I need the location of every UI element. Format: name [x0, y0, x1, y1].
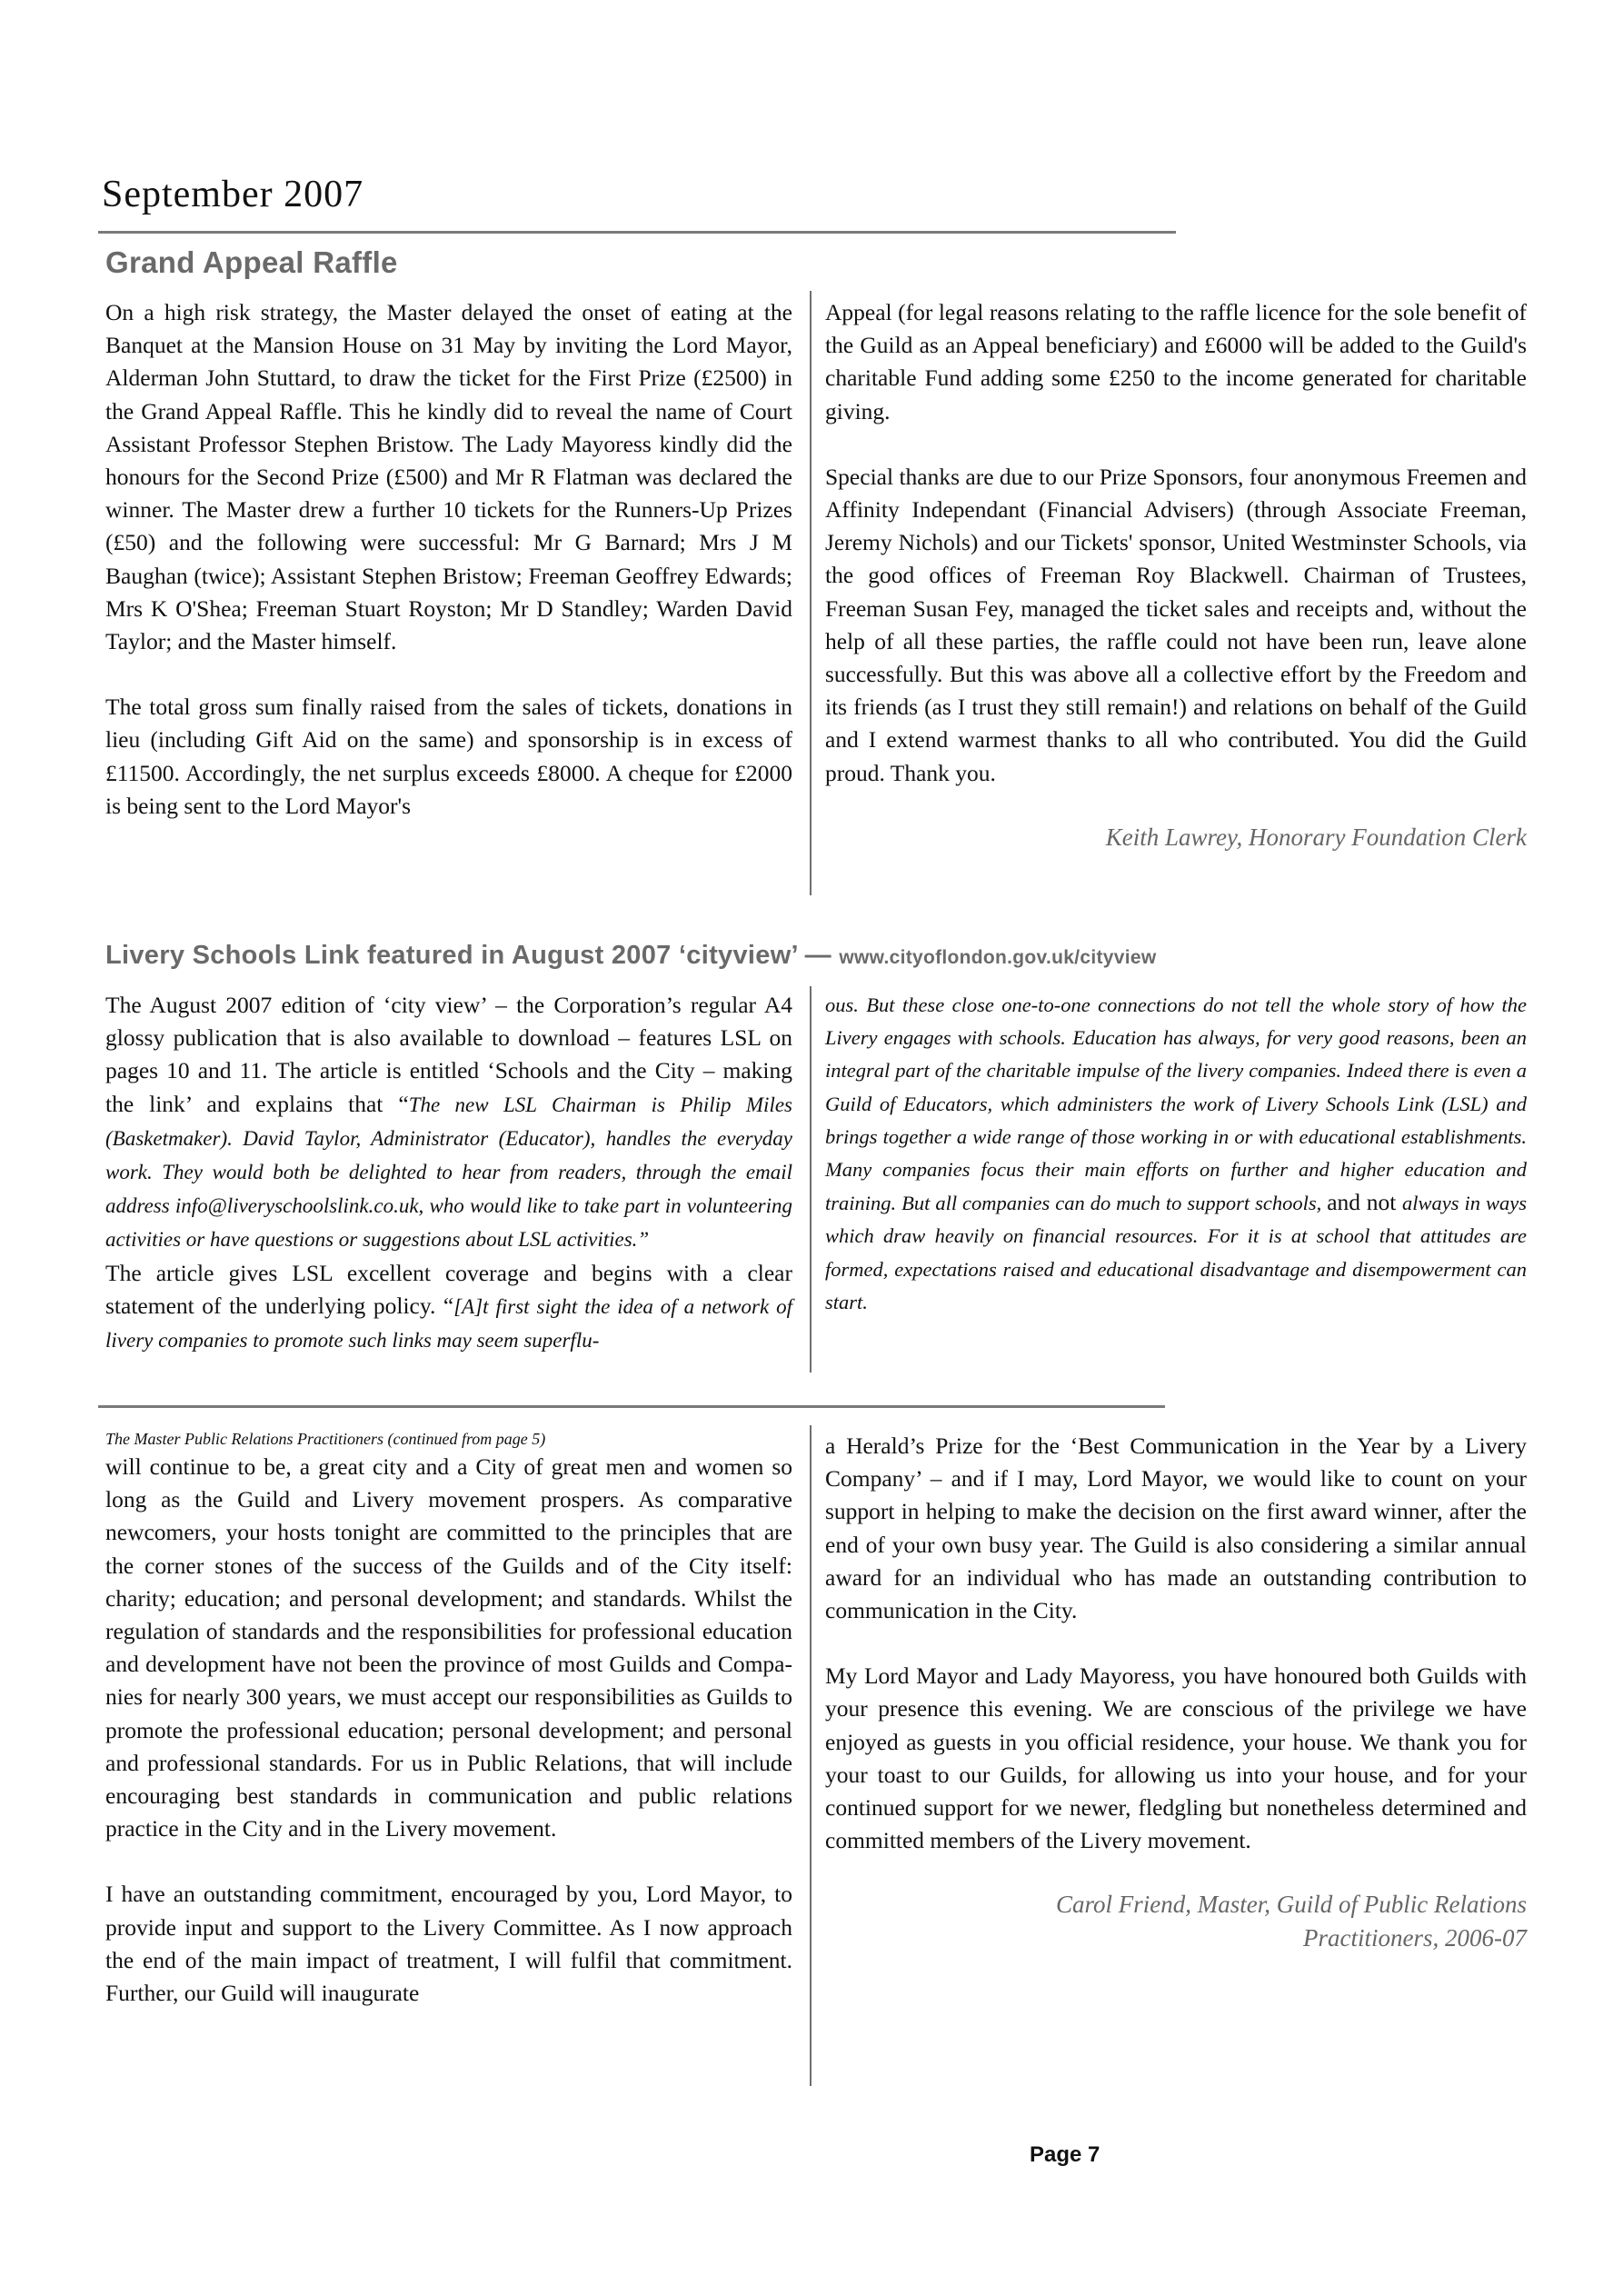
lsl-paragraph-1: The August 2007 edition of ‘city view’ –… [105, 989, 792, 1257]
raffle-paragraph-3: Appeal (for legal reasons relating to th… [825, 296, 1527, 428]
section-divider-rule [98, 1405, 1165, 1408]
master-pr-column-rule [810, 1425, 811, 2086]
lsl-right-column: ous. But these close one-to-one connecti… [825, 989, 1527, 1319]
masthead-rule [98, 231, 1176, 234]
master-pr-signature-2: Practitioners, 2006-07 [825, 1922, 1527, 1955]
master-pr-paragraph-2: I have an outstanding commitment, encour… [105, 1878, 792, 2010]
lsl-quote-continued: ous. But these close one-to-one connecti… [825, 989, 1527, 1319]
raffle-signature: Keith Lawrey, Honorary Foundation Clerk [825, 821, 1527, 854]
raffle-column-rule [810, 291, 811, 895]
lsl-quote-part-a: ous. But these close one-to-one connecti… [825, 993, 1527, 1214]
masthead-date: September 2007 [102, 173, 363, 216]
raffle-paragraph-1: On a high risk strategy, the Master dela… [105, 296, 792, 658]
raffle-heading: Grand Appeal Raffle [105, 245, 398, 280]
lsl-plain-text: and not [1327, 1189, 1402, 1215]
lsl-column-rule [810, 986, 811, 1373]
master-pr-paragraph-1: will continue to be, a great city and a … [105, 1451, 792, 1845]
lsl-heading: Livery Schools Link featured in August 2… [105, 941, 1156, 971]
raffle-paragraph-4: Special thanks are due to our Prize Spon… [825, 461, 1527, 790]
master-pr-signature-1: Carol Friend, Master, Guild of Public Re… [825, 1888, 1527, 1922]
lsl-paragraph-2: The article gives LSL excellent coverage… [105, 1257, 792, 1358]
page-number: Page 7 [1030, 2142, 1100, 2168]
continued-caption: The Master Public Relations Practitioner… [105, 1427, 792, 1451]
raffle-right-column: Appeal (for legal reasons relating to th… [825, 296, 1527, 854]
lsl-left-column: The August 2007 edition of ‘city view’ –… [105, 989, 792, 1357]
master-pr-paragraph-4: My Lord Mayor and Lady Mayoress, you hav… [825, 1660, 1527, 1857]
raffle-left-column: On a high risk strategy, the Master dela… [105, 296, 792, 823]
raffle-paragraph-2: The total gross sum finally raised from … [105, 691, 792, 823]
lsl-heading-url[interactable]: www.cityoflondon.gov.uk/cityview [839, 947, 1156, 968]
master-pr-right-column: a Herald’s Prize for the ‘Best Communica… [825, 1430, 1527, 1955]
lsl-heading-title: Livery Schools Link featured in August 2… [105, 941, 839, 970]
master-pr-left-column: The Master Public Relations Practitioner… [105, 1427, 792, 2010]
master-pr-paragraph-3: a Herald’s Prize for the ‘Best Communica… [825, 1430, 1527, 1627]
